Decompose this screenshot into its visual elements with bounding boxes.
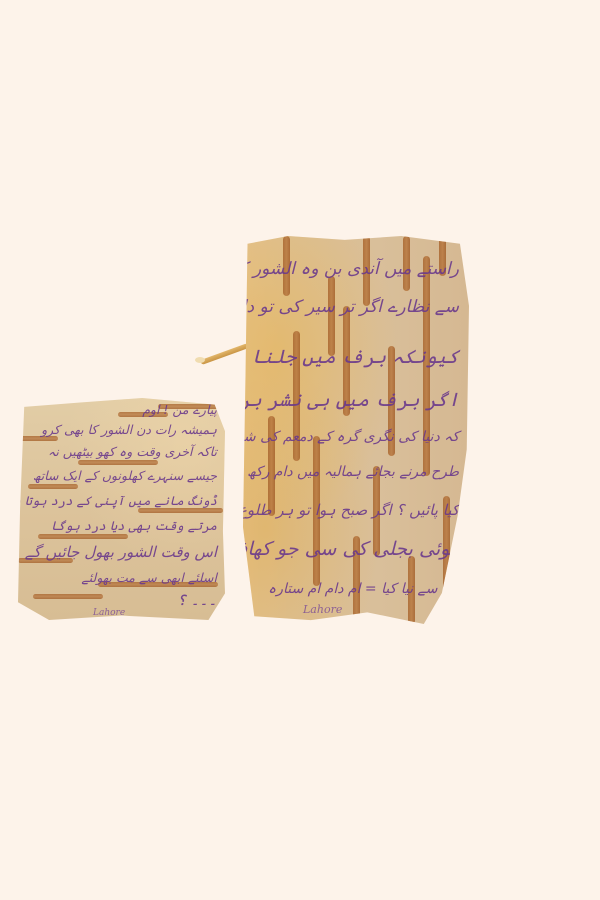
handwritten-line: تاکہ آخری وقت وہ کھو بیٹھیں نہ [48,444,217,459]
handwritten-line: اس وقت الشور بھول جائیں گے [25,543,217,561]
handwritten-line: اگر برف میں ہی نشر بر دھنس گیا تو ۔۔۔ [243,389,459,411]
handwritten-line: ڈونگ مانے میں آپنی کے درد ہوتا ہے [18,493,217,508]
twig [200,343,249,365]
twig-tip [195,357,205,363]
handwritten-line: پیارے من ! اوم [142,402,217,417]
manuscript-fragment-left: پیارے من ! اوم ہمیشہ رات دن الشور کا بھی… [18,398,225,620]
handwritten-line: طرح مرنے بجائے ہمالیہ میں دام رکھ [247,464,459,480]
manuscript-fragment-right: راستے میں آندی بن وہ الشور کی قدرت سے نظ… [243,236,469,624]
signature: Lahore [303,603,342,616]
handwritten-line: کیا پائیں ؟ اگر صبح ہوا تو ہر طلوع [243,501,459,519]
handwritten-line: جیسے سنہرے کھلونوں کے ایک ساتھ [33,468,217,483]
bark-stripe [38,534,128,539]
signature: Lahore [93,608,125,618]
bark-stripe [28,484,78,489]
handwritten-line: کہ دنیا کی نگری گرہ کے دمعم کی شہرہ [243,429,459,445]
handwritten-line: مرتے وقت بھی دیا درد ہوگا [51,518,217,533]
handwritten-line: ۔۔۔ ؟ [177,591,217,609]
handwritten-line: کوئی بجلی کی سی جو کھاف زمانہ [243,538,459,560]
handwritten-line: آپ سے نیا کیا = ام دام ام ستارہ [268,581,459,597]
handwritten-line: اسلئے ابھی سے مت بھولئے [81,570,217,585]
handwritten-line: راستے میں آندی بن وہ الشور کی قدرت [243,258,459,279]
handwritten-line: سے نظارے اگر تر سیر کی تو دلکش سے [243,296,459,317]
handwritten-line: ہمیشہ رات دن الشور کا بھی کرو [41,422,217,437]
bark-stripe [33,594,103,599]
bark-stripe [78,460,158,465]
bark-stripe [138,508,223,513]
handwritten-line: کیونکہ برف میں جلنا ۔ برف میں سونا ہوگا [243,346,459,368]
